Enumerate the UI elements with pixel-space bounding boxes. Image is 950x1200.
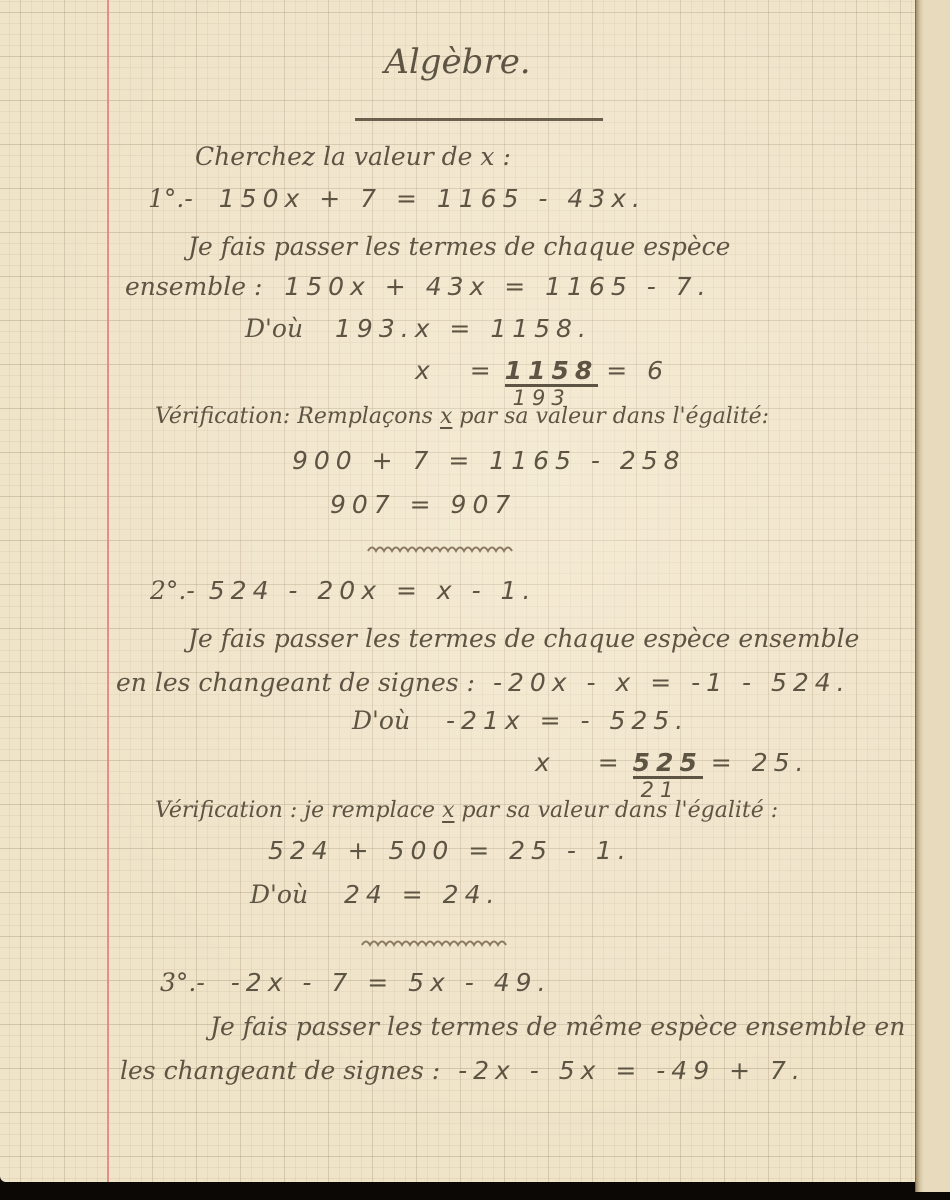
problem-2-check-1: 524 + 500 = 25 - 1.: [268, 836, 632, 865]
fraction: 525 21: [633, 748, 703, 779]
separator-squiggle: [366, 542, 516, 556]
problem-1-step-text: Je fais passer les termes de chaque espè…: [188, 232, 730, 261]
instruction: Cherchez la valeur de x :: [195, 142, 511, 171]
problem-2-check-2: D'où 24 = 24.: [250, 880, 500, 909]
problem-1-check-1: 900 + 7 = 1165 - 258: [292, 446, 686, 475]
problem-3-step-text: Je fais passer les termes de même espèce…: [210, 1012, 905, 1041]
page-title: Algèbre.: [0, 42, 915, 82]
problem-1-verification: Vérification: Remplaçons x par sa valeur…: [155, 404, 769, 429]
problem-2-solution: x = 525 21 = 25.: [535, 748, 809, 779]
margin-line: [107, 0, 109, 1182]
problem-1-step-equation: ensemble : 150x + 43x = 1165 - 7.: [125, 272, 712, 301]
fraction: 1158 193: [505, 356, 599, 387]
title-underline: [355, 118, 603, 121]
problem-3-statement: 3°.- -2x - 7 = 5x - 49.: [160, 968, 552, 997]
separator-squiggle: [360, 936, 510, 950]
notebook-page: Algèbre. Cherchez la valeur de x : 1°.- …: [0, 0, 915, 1182]
notebook-binding-edge: [915, 0, 950, 1192]
problem-1-check-2: 907 = 907: [330, 490, 516, 519]
problem-2-dou: D'où -21x = - 525.: [352, 706, 689, 735]
problem-1-statement: 1°.- 150x + 7 = 1165 - 43x.: [148, 184, 646, 213]
problem-2-step-equation: en les changeant de signes : -20x - x = …: [116, 668, 851, 697]
problem-3-step-equation: les changeant de signes : -2x - 5x = -49…: [120, 1056, 806, 1085]
problem-1-solution: x = 1158 193 = 6: [415, 356, 669, 387]
problem-2-verification: Vérification : je remplace x par sa vale…: [155, 798, 778, 823]
problem-2-step-text: Je fais passer les termes de chaque espè…: [188, 624, 859, 653]
problem-1-dou: D'où 193.x = 1158.: [245, 314, 592, 343]
problem-2-statement: 2°.- 524 - 20x = x - 1.: [150, 576, 536, 605]
